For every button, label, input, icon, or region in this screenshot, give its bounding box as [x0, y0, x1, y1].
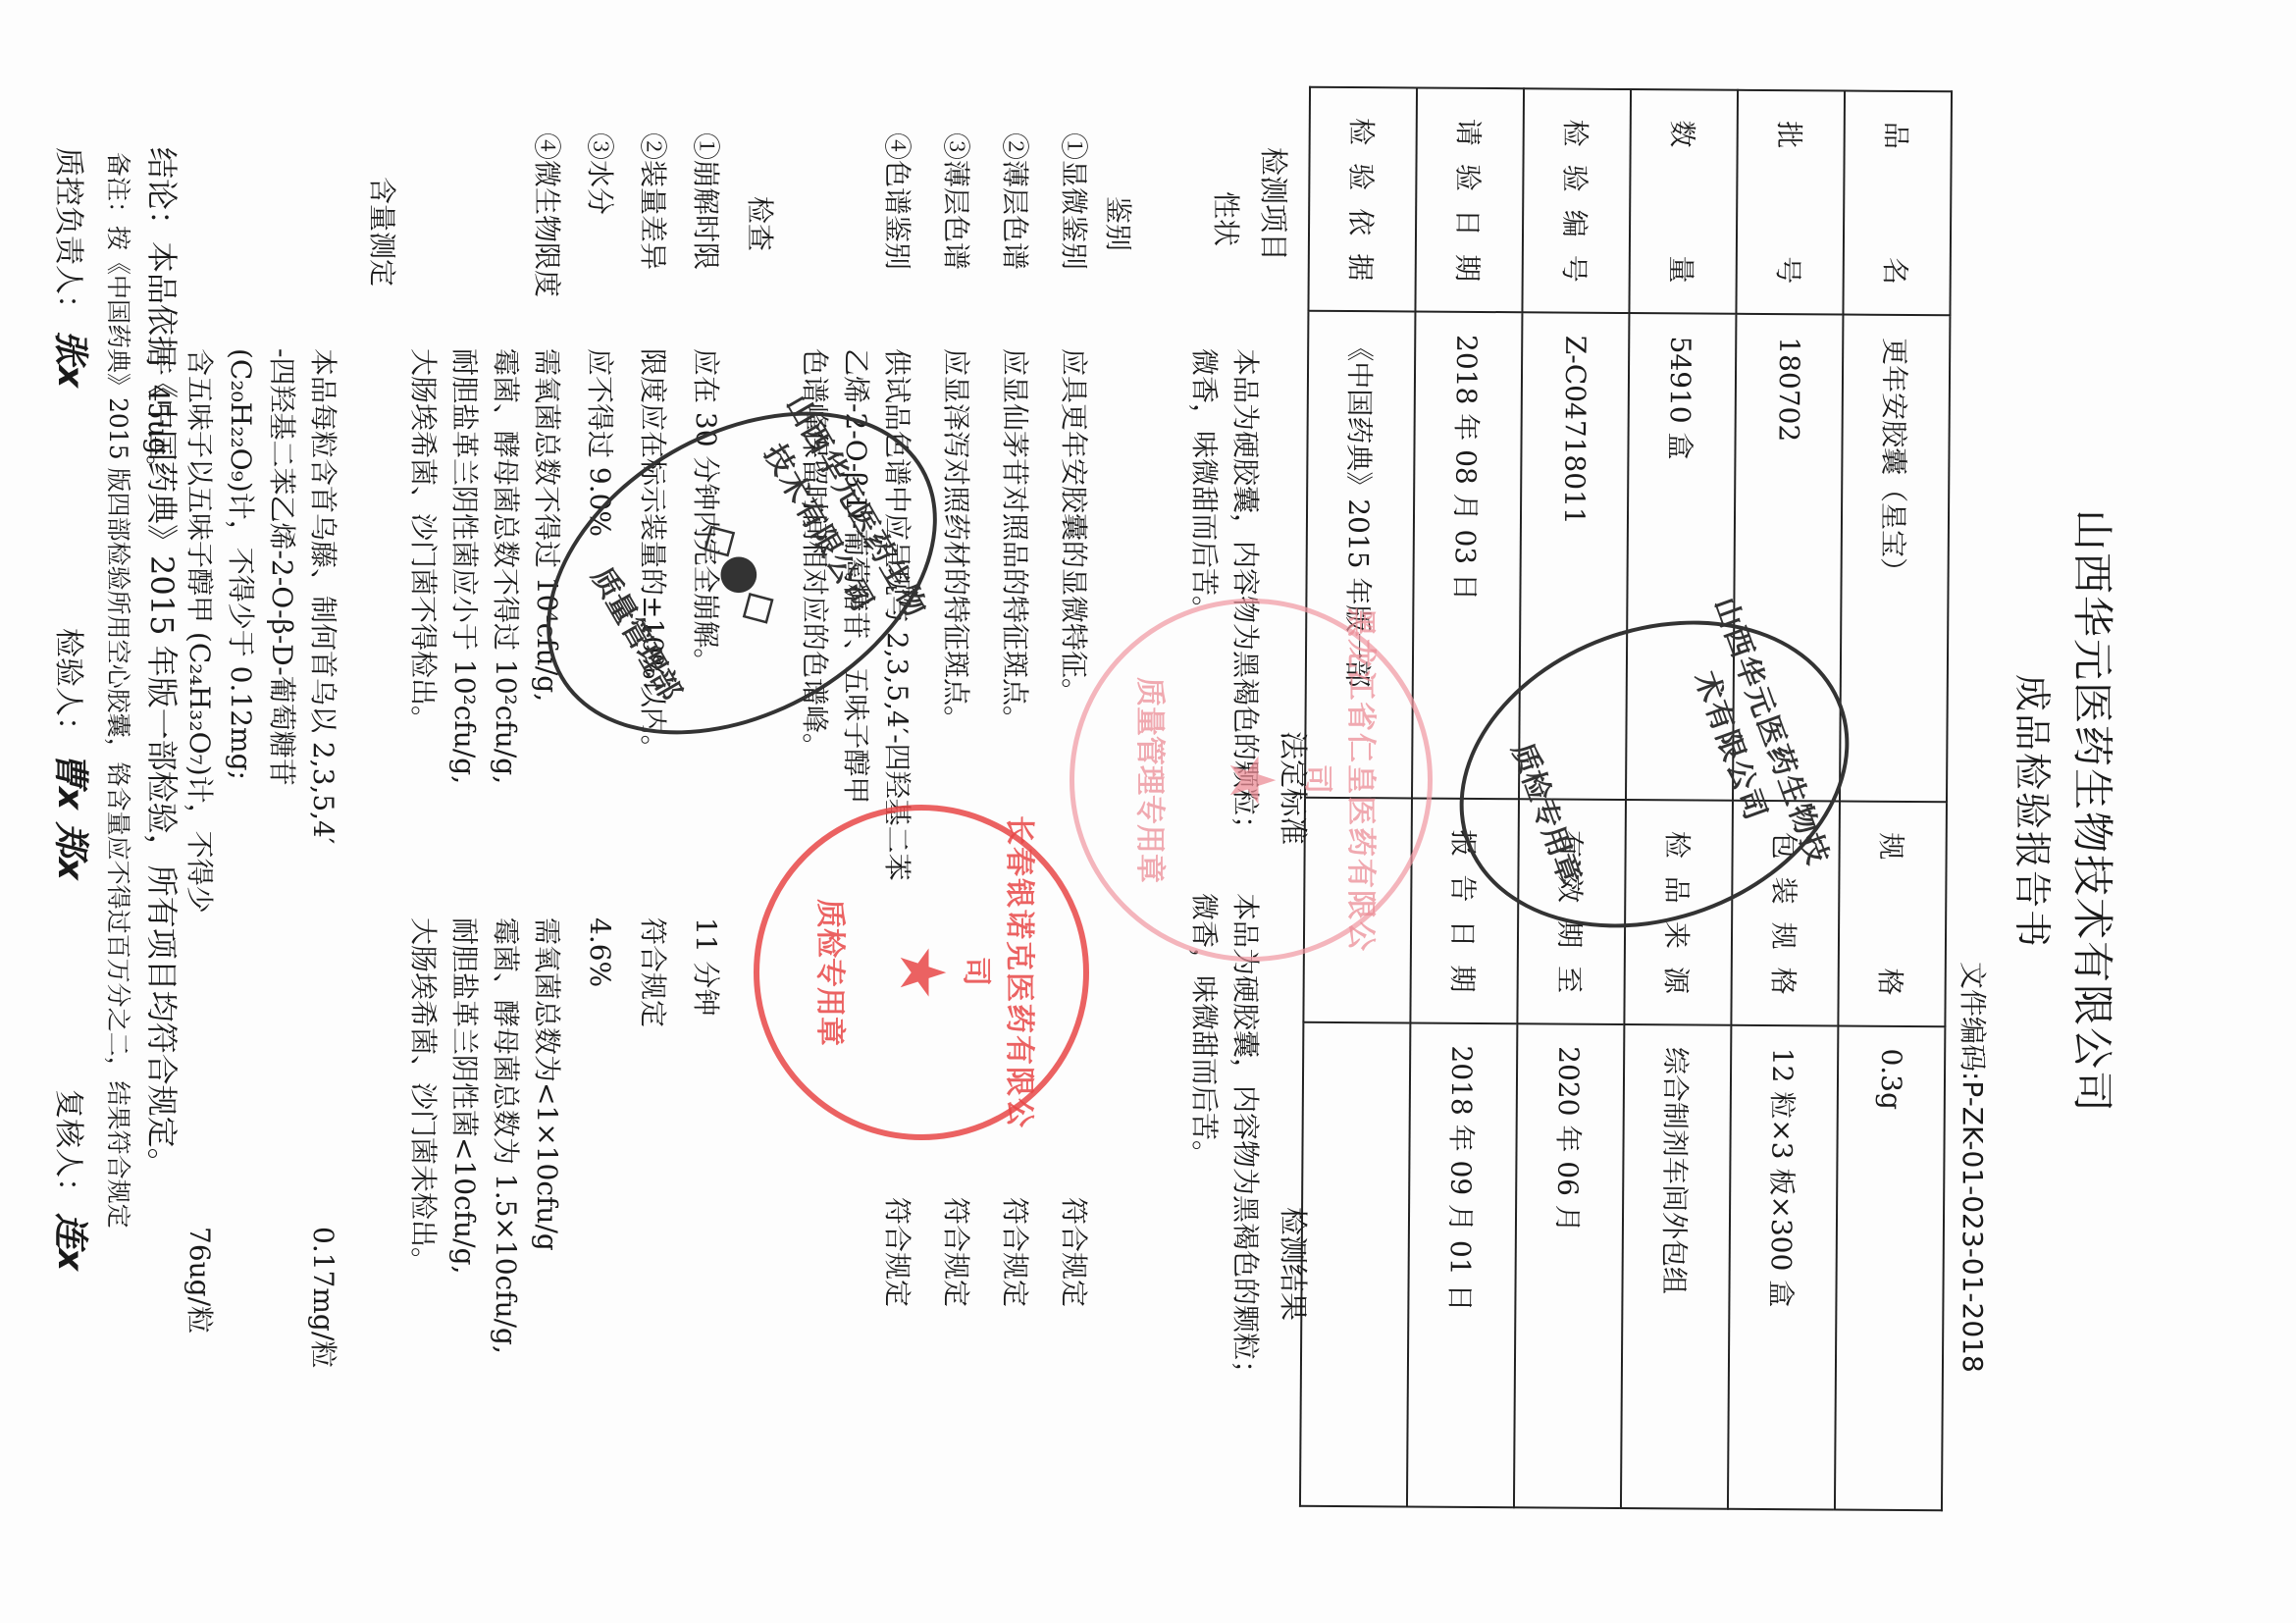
info-label: 数 量 — [1629, 89, 1738, 314]
col-header-standard: 法定标准 — [1275, 731, 1315, 845]
test-item-standard: 应在 30 分钟内完全崩解。 — [685, 348, 726, 675]
reviewer-signature: 复核人：连x — [48, 1089, 98, 1271]
res-appearance: 本品为硬胶囊，内容物为黑褐色的颗粒；微香，味微甜而后苦。 — [1183, 893, 1266, 1387]
info-value: 12 粒×3 板×300 盒 — [1728, 1024, 1838, 1509]
star-icon: ★ — [885, 944, 958, 1000]
test-item-standard: 应显仙茅苷对照品的特征斑点。 — [994, 348, 1035, 733]
col-header-result: 检测结果 — [1275, 1207, 1315, 1321]
res-assay: 0.17mg/粒 76ug/粒 — [179, 1227, 343, 1368]
signature-handwriting: 张x — [50, 330, 90, 388]
info-label — [1303, 798, 1412, 1022]
test-item-standard: 应不得过 9.0% — [579, 348, 620, 537]
test-item-result: 需氧菌总数为<1×10cfu/g霉菌、酵母菌总数为 1.5×10cfu/g,耐胆… — [402, 917, 567, 1354]
item-inspection: 检查 — [739, 196, 780, 251]
info-row: 检验依据《中国药典》2015 年版一部 — [1300, 87, 1417, 1507]
info-value: 2020 年 06 月 — [1514, 1023, 1624, 1508]
test-item-name: ④微生物限度 — [526, 132, 567, 297]
info-value: 2018 年 08 月 03 日 — [1412, 312, 1522, 800]
std-appearance: 本品为硬胶囊，内容物为黑褐色的颗粒；微香，味微甜而后苦。 — [1183, 348, 1266, 843]
info-label: 检验编号 — [1522, 88, 1631, 313]
signature-handwriting: 连x — [50, 1213, 90, 1271]
qc-manager-signature: 质控负责人：张x — [48, 147, 98, 388]
test-item-result: 符合规定 — [632, 917, 673, 1027]
test-item-name: ②装量差异 — [632, 132, 673, 270]
test-item-standard: 限度应在标示装量的±10%以内。 — [632, 348, 673, 762]
info-value — [1300, 1021, 1410, 1506]
test-item-result: 符合规定 — [994, 1197, 1035, 1307]
test-item-name: ③水分 — [579, 132, 620, 215]
test-item-result: 4.6% — [579, 917, 620, 987]
test-item-standard: 需氧菌总数不得过 10⁴cfu/g,霉菌、酵母菌总数不得过 10²cfu/g,耐… — [402, 348, 567, 784]
test-item-result: 11 分钟 — [685, 917, 726, 1017]
inspection-report-page: 山西华元医药生物技术有限公司 成品检验报告书 文件编码:P-ZK-01-023-… — [0, 0, 2296, 1623]
info-row: 检验编号Z-C04718011有效期至2020 年 06 月 — [1514, 88, 1631, 1508]
test-item-result: 符合规定 — [1053, 1197, 1094, 1307]
inspector-signature: 检验人：曹x 郑x — [48, 628, 98, 880]
info-row: 请验日期2018 年 08 月 03 日报告日期2018 年 09 月 01 日 — [1407, 87, 1524, 1507]
item-appearance: 性状 — [1205, 191, 1246, 246]
col-header-item: 检测项目 — [1255, 147, 1295, 261]
remark: 备注：按《中国药典》2015 版四部检验所用空心胶囊，铬含量应不得过百万分之二，… — [102, 152, 137, 1229]
signature-handwriting: 曹x 郑x — [50, 752, 90, 880]
info-value: 更年安胶囊（星宝） — [1840, 315, 1950, 803]
info-label: 品 名 — [1843, 91, 1952, 316]
item-assay: 含量测定 — [361, 177, 402, 287]
conclusion: 结论：本品依据《中国药典》2015 年版一部检验，所有项目均符合规定。 — [141, 147, 186, 1179]
info-value: 0.3g — [1835, 1025, 1945, 1510]
test-item-standard: 供试品色谱中应呈现与 2,3,5,4′-四羟基二苯乙烯-2-O-β-D-葡萄糖苷… — [794, 348, 917, 881]
info-label: 请验日期 — [1415, 87, 1524, 312]
info-label: 批 号 — [1736, 90, 1845, 315]
info-label: 规 格 — [1838, 802, 1947, 1026]
info-value: 2018 年 09 月 01 日 — [1407, 1022, 1517, 1507]
company-name: 山西华元医药生物技术有限公司 — [2065, 0, 2124, 1623]
test-item-name: ③薄层色谱 — [935, 132, 976, 270]
test-item-result: 符合规定 — [935, 1197, 976, 1307]
info-value: 综合制剂车间外包组 — [1621, 1024, 1731, 1509]
info-value: 《中国药典》2015 年版一部 — [1305, 311, 1415, 799]
info-value: 180702 — [1733, 314, 1843, 802]
test-item-name: ①显微鉴别 — [1053, 132, 1094, 270]
info-row: 品 名更年安胶囊（星宝）规 格0.3g — [1835, 91, 1952, 1511]
info-label: 包装规格 — [1731, 801, 1840, 1025]
test-item-standard: 应显泽泻对照药材的特征斑点。 — [935, 348, 976, 733]
test-item-result: 符合规定 — [876, 1197, 917, 1307]
test-item-standard: 应具更年安胶囊的显微特征。 — [1053, 348, 1094, 706]
info-label: 报告日期 — [1410, 799, 1519, 1023]
info-row: 批 号180702包装规格12 粒×3 板×300 盒 — [1728, 90, 1845, 1510]
test-item-name: ②薄层色谱 — [994, 132, 1035, 270]
info-value: 54910 盒 — [1626, 313, 1736, 801]
report-title: 成品检验报告书 — [2009, 0, 2062, 1623]
product-info-table: 品 名更年安胶囊（星宝）规 格0.3g批 号180702包装规格12 粒×3 板… — [1299, 86, 1953, 1512]
test-item-name: ④色谱鉴别 — [876, 132, 917, 270]
document-number: 文件编码:P-ZK-01-023-01-2018 — [1955, 962, 1994, 1373]
info-row: 数 量54910 盒检品来源综合制剂车间外包组 — [1621, 89, 1738, 1509]
info-value: Z-C04718011 — [1519, 312, 1629, 800]
info-label: 检验依据 — [1308, 87, 1417, 312]
info-label: 有效期至 — [1517, 800, 1626, 1024]
test-item-name: ①崩解时限 — [685, 132, 726, 270]
item-identification: 鉴别 — [1097, 196, 1138, 251]
info-label: 检品来源 — [1624, 800, 1733, 1024]
